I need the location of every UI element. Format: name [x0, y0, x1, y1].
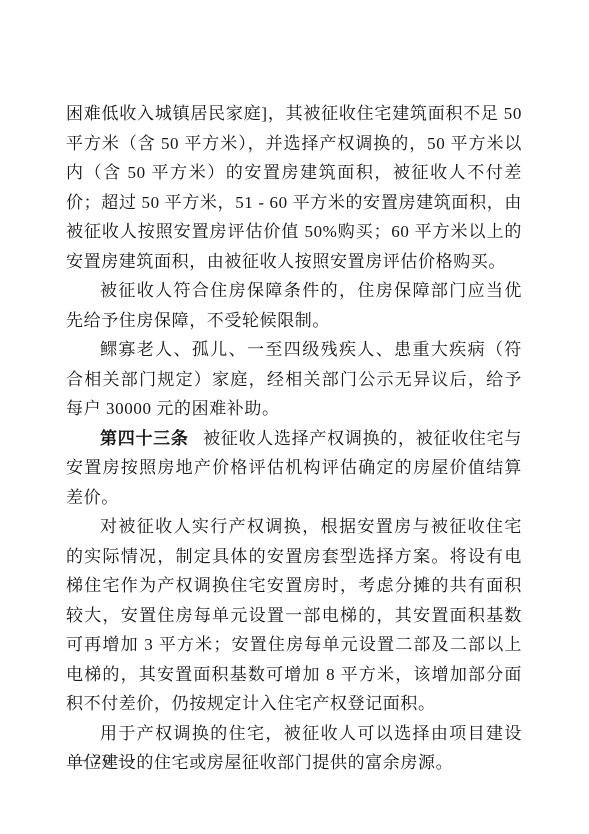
paragraph-property-swap-plan: 对被征收人实行产权调换，根据安置房与被征收住宅的实际情况，制定具体的安置房套型选… — [66, 512, 522, 719]
paragraph-article-43: 第四十三条被征收人选择产权调换的，被征收住宅与安置房按照房地产价格评估机构评估确… — [66, 424, 522, 513]
paragraph-continuation: 困难低收入城镇居民家庭]，其被征收住宅建筑面积不足 50 平方米（含 50 平方… — [66, 99, 522, 276]
article-number: 第四十三条 — [100, 429, 189, 448]
paragraph-housing-guarantee: 被征收人符合住房保障条件的，住房保障部门应当优先给予住房保障，不受轮候限制。 — [66, 276, 522, 335]
document-page: 困难低收入城镇居民家庭]，其被征收住宅建筑面积不足 50 平方米（含 50 平方… — [0, 0, 589, 834]
paragraph-hardship-subsidy: 鳏寡老人、孤儿、一至四级残疾人、患重大疾病（符合相关部门规定）家庭，经相关部门公… — [66, 335, 522, 424]
document-body: 困难低收入城镇居民家庭]，其被征收住宅建筑面积不足 50 平方米（含 50 平方… — [66, 99, 522, 778]
page-number: — 20 — — [71, 750, 136, 770]
